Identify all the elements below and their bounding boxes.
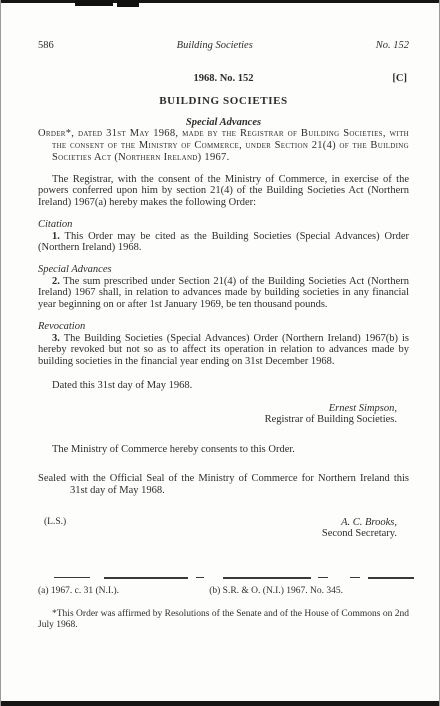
document-subtitle: Special Advances — [38, 117, 409, 129]
document-title: BUILDING SOCIETIES — [38, 96, 409, 108]
running-header: 586 Building Societies No. 152 — [38, 40, 409, 52]
seal-mark: (L.S.) — [38, 517, 66, 540]
section-1-paragraph: 1. This Order may be cited as the Buildi… — [38, 231, 409, 254]
classification-mark: [C] — [392, 73, 407, 85]
scanned-document-page: 586 Building Societies No. 152 1968. No.… — [0, 0, 440, 706]
preamble: Order*, dated 31st May 1968, made by the… — [38, 128, 409, 163]
section-2-number: 2. — [52, 276, 60, 287]
footnote-b: (b) S.R. & O. (N.I.) 1967. No. 345. — [209, 586, 343, 598]
secretary-signature-title: Second Secretary. — [322, 528, 397, 540]
footnote-affirmation: *This Order was affirmed by Resolutions … — [38, 609, 409, 631]
running-instrument-number: No. 152 — [376, 40, 409, 52]
secretary-signature-block: A. C. Brooks, Second Secretary. — [322, 517, 409, 540]
registrar-signature-title: Registrar of Building Societies. — [38, 414, 397, 426]
section-heading-citation: Citation — [38, 219, 409, 231]
section-3-text: The Building Societies (Special Advances… — [38, 333, 409, 367]
scan-bottom-border — [1, 701, 439, 706]
consent-line: The Ministry of Commerce hereby consents… — [38, 444, 409, 456]
footnote-separator-rule — [38, 576, 409, 579]
footnote-citations-row: (a) 1967. c. 31 (N.I.). (b) S.R. & O. (N… — [38, 586, 409, 598]
dated-line: Dated this 31st day of May 1968. — [38, 380, 409, 392]
registrar-signature-block: Ernest Simpson, Registrar of Building So… — [38, 403, 409, 426]
section-1-number: 1. — [52, 231, 60, 242]
running-title: Building Societies — [177, 40, 253, 52]
section-3-number: 3. — [52, 333, 60, 344]
registrar-signature-name: Ernest Simpson, — [38, 403, 397, 415]
footnote-a: (a) 1967. c. 31 (N.I.). — [38, 586, 119, 598]
section-2-text: The sum prescribed under Section 21(4) o… — [38, 276, 409, 310]
instrument-number-line: 1968. No. 152 [C] — [38, 73, 409, 85]
section-1-text: This Order may be cited as the Building … — [38, 231, 409, 254]
section-heading-revocation: Revocation — [38, 321, 409, 333]
seal-line: Sealed with the Official Seal of the Min… — [38, 473, 409, 496]
page-number: 586 — [38, 40, 54, 52]
section-heading-special-advances: Special Advances — [38, 264, 409, 276]
seal-signature-row: (L.S.) A. C. Brooks, Second Secretary. — [38, 517, 409, 540]
instrument-number: 1968. No. 152 — [193, 73, 253, 84]
secretary-signature-name: A. C. Brooks, — [322, 517, 397, 529]
section-2-paragraph: 2. The sum prescribed under Section 21(4… — [38, 276, 409, 311]
section-3-paragraph: 3. The Building Societies (Special Advan… — [38, 333, 409, 368]
recital-paragraph: The Registrar, with the consent of the M… — [38, 174, 409, 209]
